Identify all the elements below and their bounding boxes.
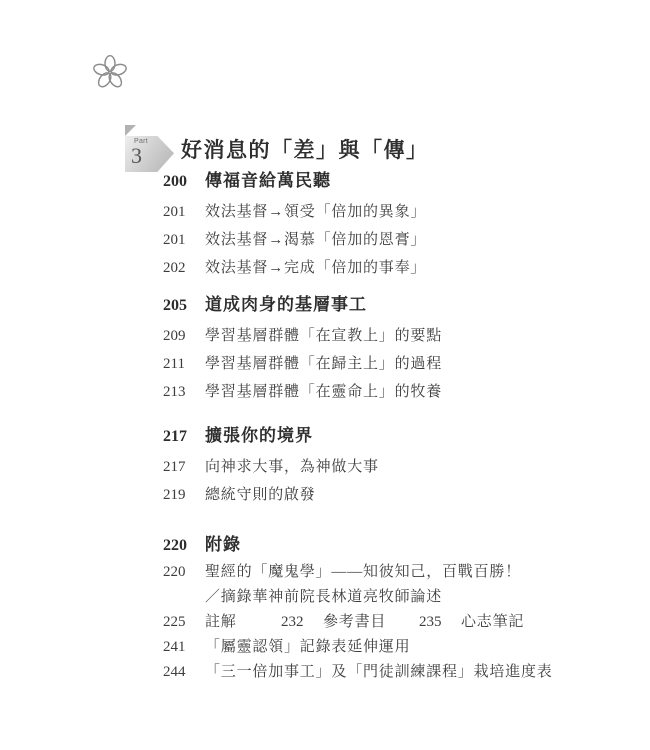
section-title: 道成肉身的基層事工	[205, 294, 367, 316]
page-number: 201	[163, 202, 205, 222]
part-badge: Part 3	[125, 136, 174, 172]
flower-icon	[91, 51, 129, 92]
toc-section-1: 200 傳福音給萬民聽 201 效法基督→領受「倍加的異象」 201 效法基督→…	[163, 170, 623, 278]
toc-section-2: 205 道成肉身的基層事工 209 學習基層群體「在宣教上」的要點 211 學習…	[163, 294, 623, 402]
entry-title: 註解	[205, 612, 281, 632]
toc-entry: 244 「三一倍加事工」及「門徒訓練課程」栽培進度表	[163, 662, 623, 682]
page-number: 219	[163, 485, 205, 505]
toc-entry: 201 效法基督→渴慕「倍加的恩膏」	[163, 230, 623, 250]
page-number: 200	[163, 171, 205, 193]
entry-title: 效法基督→渴慕「倍加的恩膏」	[205, 230, 426, 250]
page-number: 217	[163, 426, 205, 448]
part-title: 好消息的「差」與「傳」	[181, 135, 429, 165]
toc-entry: 213 學習基層群體「在靈命上」的牧養	[163, 382, 623, 402]
toc-section-header: 220 附錄	[163, 534, 623, 557]
page-number: 213	[163, 382, 205, 402]
entry-title: 學習基層群體「在宣教上」的要點	[205, 326, 442, 346]
toc-section-header: 205 道成肉身的基層事工	[163, 294, 623, 317]
toc-entry: 202 效法基督→完成「倍加的事奉」	[163, 258, 623, 278]
entry-title: 總統守則的啟發	[205, 485, 316, 505]
entry-title: 「屬靈認領」記錄表延伸運用	[205, 637, 410, 657]
entry-title: 效法基督→領受「倍加的異象」	[205, 202, 426, 222]
entry-subtitle: ／摘錄華神前院長林道亮牧師論述	[205, 587, 442, 607]
page-number: 205	[163, 295, 205, 317]
toc-section-3: 217 擴張你的境界 217 向神求大事，為神做大事 219 總統守則的啟發	[163, 425, 623, 505]
entry-title: 「三一倍加事工」及「門徒訓練課程」栽培進度表	[205, 662, 553, 682]
section-title: 擴張你的境界	[205, 425, 313, 447]
page-number: 235	[419, 612, 461, 632]
toc-entry-subtitle: ／摘錄華神前院長林道亮牧師論述	[163, 587, 623, 607]
entry-title: 效法基督→完成「倍加的事奉」	[205, 258, 426, 278]
table-of-contents: 200 傳福音給萬民聽 201 效法基督→領受「倍加的異象」 201 效法基督→…	[163, 170, 623, 687]
toc-entry-multi: 225 註解 232 參考書目 235 心志筆記	[163, 612, 623, 632]
toc-entry: 211 學習基層群體「在歸主上」的過程	[163, 354, 623, 374]
toc-section-header: 200 傳福音給萬民聽	[163, 170, 623, 193]
entry-title: 心志筆記	[461, 612, 524, 632]
part-number: 3	[131, 143, 142, 169]
toc-entry: 220 聖經的「魔鬼學」——知彼知己，百戰百勝！	[163, 562, 623, 582]
toc-entry: 241 「屬靈認領」記錄表延伸運用	[163, 637, 623, 657]
part-badge-fold	[125, 125, 136, 136]
toc-entry: 219 總統守則的啟發	[163, 485, 623, 505]
page-number: 209	[163, 326, 205, 346]
toc-entry: 209 學習基層群體「在宣教上」的要點	[163, 326, 623, 346]
page-number: 201	[163, 230, 205, 250]
entry-title: 學習基層群體「在歸主上」的過程	[205, 354, 442, 374]
entry-title: 向神求大事，為神做大事	[205, 457, 379, 477]
toc-entry: 201 效法基督→領受「倍加的異象」	[163, 202, 623, 222]
entry-title: 聖經的「魔鬼學」——知彼知己，百戰百勝！	[205, 562, 521, 582]
page-number: 220	[163, 535, 205, 557]
page-number: 244	[163, 662, 205, 682]
section-title: 傳福音給萬民聽	[205, 170, 331, 192]
page-number: 232	[281, 612, 323, 632]
page-number: 220	[163, 562, 205, 582]
entry-title: 參考書目	[323, 612, 419, 632]
book-page: Part 3 好消息的「差」與「傳」 200 傳福音給萬民聽 201 效法基督→…	[0, 0, 650, 750]
entry-title: 學習基層群體「在靈命上」的牧養	[205, 382, 442, 402]
page-number: 241	[163, 637, 205, 657]
toc-section-header: 217 擴張你的境界	[163, 425, 623, 448]
page-number: 202	[163, 258, 205, 278]
section-title: 附錄	[205, 534, 241, 556]
page-number: 211	[163, 354, 205, 374]
page-number: 225	[163, 612, 205, 632]
toc-section-appendix: 220 附錄 220 聖經的「魔鬼學」——知彼知己，百戰百勝！ ／摘錄華神前院長…	[163, 534, 623, 682]
page-number: 217	[163, 457, 205, 477]
toc-entry: 217 向神求大事，為神做大事	[163, 457, 623, 477]
